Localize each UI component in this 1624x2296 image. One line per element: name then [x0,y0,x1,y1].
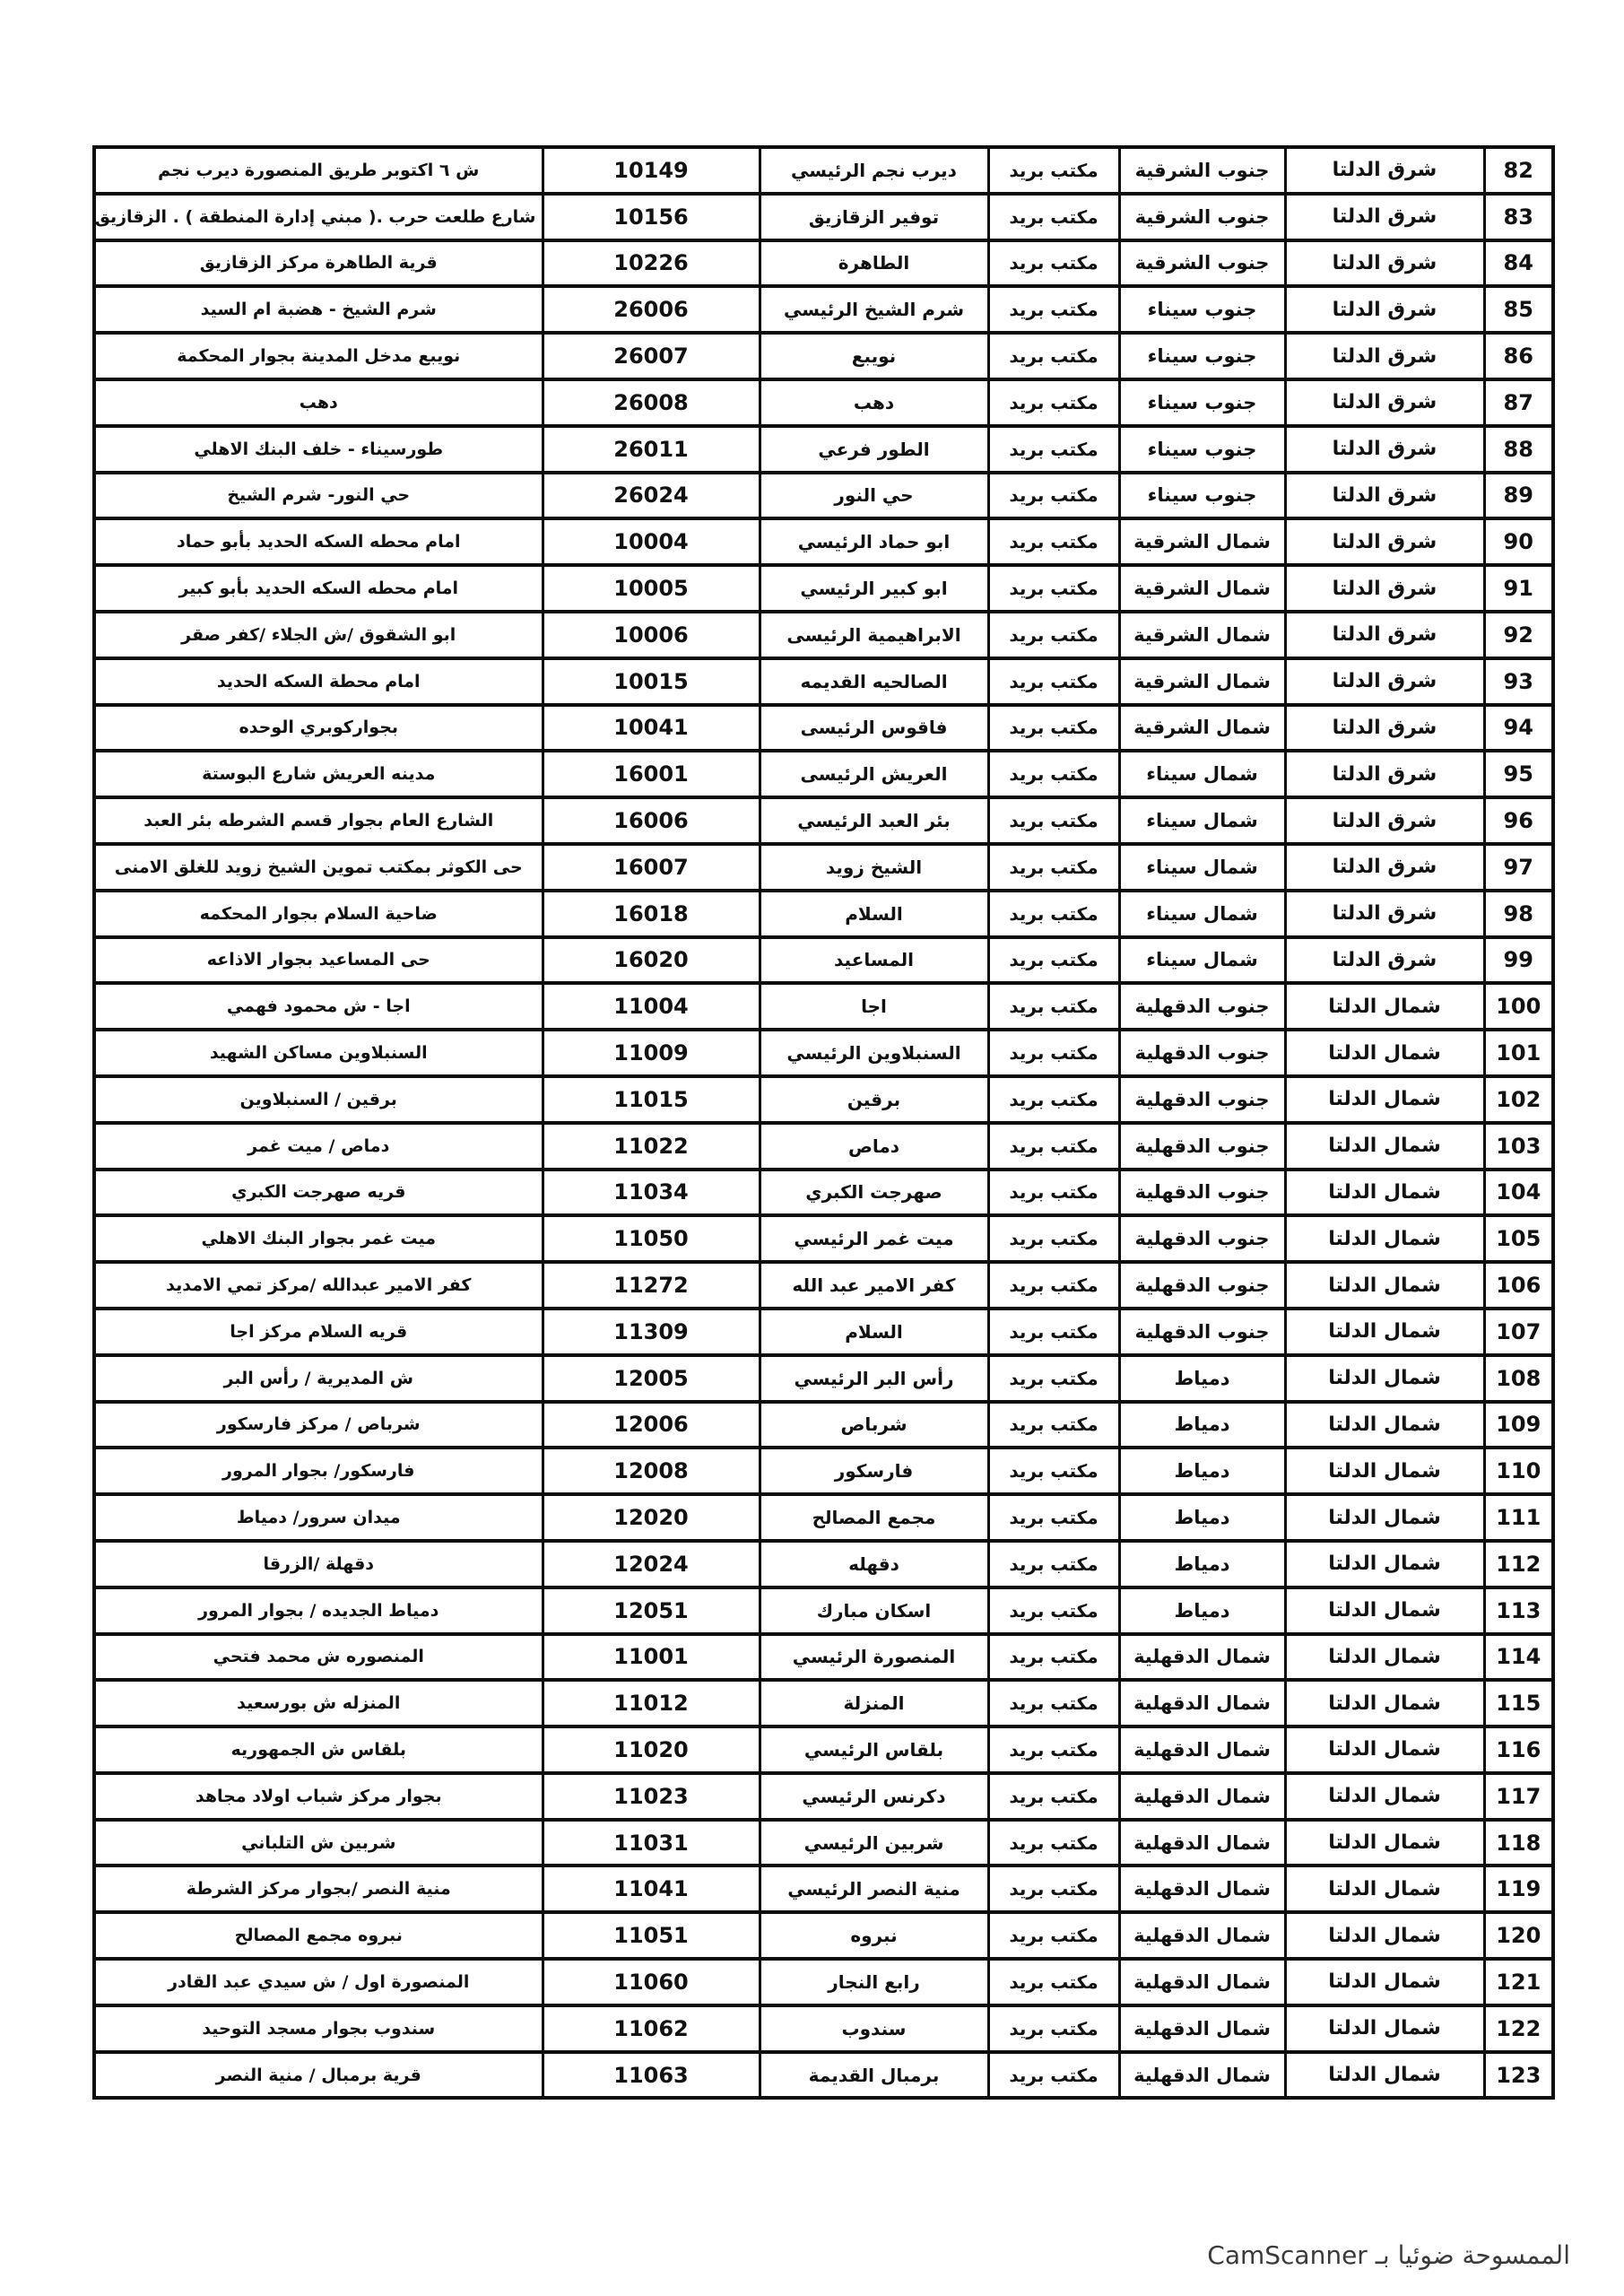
cell-zone: شمال الدقهلية [1119,1634,1285,1681]
cell-office_name: شرباص [760,1402,988,1448]
cell-office_name: دقهله [760,1541,988,1587]
table-row: 117شمال الدلتاشمال الدقهليةمكتب بريددكرن… [94,1773,1553,1820]
cell-office_name: بئر العبد الرئيسي [760,797,988,844]
cell-postal_code: 11023 [543,1773,760,1820]
cell-region: شرق الدلتا [1285,612,1484,658]
cell-region: شمال الدلتا [1285,1541,1484,1587]
cell-office_type: مكتب بريد [988,612,1119,658]
cell-office_name: المنصورة الرئيسي [760,1634,988,1681]
cell-postal_code: 12024 [543,1541,760,1587]
cell-zone: جنوب الشرقية [1119,240,1285,287]
camscanner-watermark: الممسوحة ضوئيا بـ CamScanner [1207,2240,1570,2270]
cell-postal_code: 11051 [543,1912,760,1959]
cell-office_type: مكتب بريد [988,1170,1119,1216]
table-row: 86شرق الدلتاجنوب سيناءمكتب بريدنويبع2600… [94,333,1553,379]
cell-office_name: توفير الزقازيق [760,194,988,240]
cell-office_name: دماص [760,1123,988,1170]
table-row: 88شرق الدلتاجنوب سيناءمكتب بريدالطور فرع… [94,426,1553,473]
cell-postal_code: 11022 [543,1123,760,1170]
cell-address: المنصوره ش محمد فتحي [94,1634,543,1681]
cell-office_type: مكتب بريد [988,1865,1119,1912]
cell-serial: 87 [1484,379,1553,426]
cell-office_type: مكتب بريد [988,1726,1119,1773]
cell-region: شمال الدلتا [1285,1076,1484,1123]
cell-postal_code: 12006 [543,1402,760,1448]
cell-postal_code: 11001 [543,1634,760,1681]
table-row: 121شمال الدلتاشمال الدقهليةمكتب بريدرابع… [94,1959,1553,2005]
cell-zone: شمال سيناء [1119,844,1285,891]
cell-office_name: منية النصر الرئيسي [760,1865,988,1912]
cell-address: ابو الشقوق /ش الجلاء /كفر صقر [94,612,543,658]
cell-region: شمال الدلتا [1285,983,1484,1030]
cell-region: شرق الدلتا [1285,147,1484,194]
cell-postal_code: 12020 [543,1494,760,1541]
cell-address: قريه صهرجت الكبري [94,1170,543,1216]
cell-zone: دمياط [1119,1587,1285,1634]
cell-zone: جنوب الشرقية [1119,194,1285,240]
cell-office_type: مكتب بريد [988,194,1119,240]
table-row: 120شمال الدلتاشمال الدقهليةمكتب بريدنبرو… [94,1912,1553,1959]
cell-address: امام محطه السكه الحديد بأبو حماد [94,518,543,565]
table-row: 102شمال الدلتاجنوب الدقهليةمكتب بريدبرقي… [94,1076,1553,1123]
cell-office_name: اجا [760,983,988,1030]
cell-office_name: المساعيد [760,937,988,984]
cell-region: شمال الدلتا [1285,1773,1484,1820]
cell-postal_code: 26006 [543,286,760,333]
cell-serial: 105 [1484,1215,1553,1262]
cell-office_type: مكتب بريد [988,1680,1119,1726]
cell-serial: 109 [1484,1402,1553,1448]
cell-address: دماص / ميت غمر [94,1123,543,1170]
cell-zone: شمال الدقهلية [1119,1959,1285,2005]
cell-office_type: مكتب بريد [988,797,1119,844]
table-row: 93شرق الدلتاشمال الشرقيةمكتب بريدالصالحي… [94,658,1553,705]
cell-region: شمال الدلتا [1285,1634,1484,1681]
cell-address: كفر الامير عبدالله /مركز تمي الامديد [94,1262,543,1309]
table-row: 85شرق الدلتاجنوب سيناءمكتب بريدشرم الشيخ… [94,286,1553,333]
cell-postal_code: 11034 [543,1170,760,1216]
table-row: 90شرق الدلتاشمال الشرقيةمكتب بريدابو حما… [94,518,1553,565]
cell-region: شمال الدلتا [1285,1123,1484,1170]
cell-region: شرق الدلتا [1285,426,1484,473]
cell-region: شرق الدلتا [1285,194,1484,240]
cell-office_name: ميت غمر الرئيسي [760,1215,988,1262]
cell-office_name: رأس البر الرئيسي [760,1355,988,1402]
cell-region: شمال الدلتا [1285,1448,1484,1494]
cell-zone: جنوب الدقهلية [1119,1123,1285,1170]
cell-region: شرق الدلتا [1285,286,1484,333]
cell-region: شمال الدلتا [1285,1912,1484,1959]
cell-region: شرق الدلتا [1285,240,1484,287]
cell-zone: شمال سيناء [1119,937,1285,984]
cell-postal_code: 11004 [543,983,760,1030]
cell-office_type: مكتب بريد [988,1448,1119,1494]
cell-postal_code: 11015 [543,1076,760,1123]
table-row: 113شمال الدلتادمياطمكتب بريداسكان مبارك1… [94,1587,1553,1634]
cell-address: حى المساعيد بجوار الاذاعه [94,937,543,984]
cell-postal_code: 26008 [543,379,760,426]
cell-zone: جنوب سيناء [1119,426,1285,473]
cell-zone: دمياط [1119,1494,1285,1541]
cell-zone: جنوب الدقهلية [1119,1215,1285,1262]
cell-office_type: مكتب بريد [988,1494,1119,1541]
cell-postal_code: 16020 [543,937,760,984]
cell-office_name: نويبع [760,333,988,379]
cell-office_type: مكتب بريد [988,240,1119,287]
cell-postal_code: 10149 [543,147,760,194]
cell-office_name: المنزلة [760,1680,988,1726]
cell-office_name: بلقاس الرئيسي [760,1726,988,1773]
cell-address: قرية الطاهرة مركز الزقازيق [94,240,543,287]
table-row: 87شرق الدلتاجنوب سيناءمكتب بريددهب26008د… [94,379,1553,426]
cell-serial: 119 [1484,1865,1553,1912]
table-row: 108شمال الدلتادمياطمكتب بريدرأس البر الر… [94,1355,1553,1402]
cell-office_type: مكتب بريد [988,2005,1119,2052]
cell-serial: 107 [1484,1309,1553,1355]
cell-zone: جنوب سيناء [1119,286,1285,333]
cell-office_type: مكتب بريد [988,333,1119,379]
cell-region: شرق الدلتا [1285,705,1484,752]
cell-postal_code: 11050 [543,1215,760,1262]
cell-postal_code: 11309 [543,1309,760,1355]
cell-postal_code: 11012 [543,1680,760,1726]
cell-office_name: ابو حماد الرئيسي [760,518,988,565]
cell-region: شمال الدلتا [1285,1262,1484,1309]
cell-zone: جنوب الشرقية [1119,147,1285,194]
cell-postal_code: 16006 [543,797,760,844]
cell-address: ضاحية السلام بجوار المحكمه [94,891,543,937]
cell-address: بجواركوبري الوحده [94,705,543,752]
cell-office_name: دكرنس الرئيسي [760,1773,988,1820]
cell-serial: 93 [1484,658,1553,705]
table-row: 101شمال الدلتاجنوب الدقهليةمكتب بريدالسن… [94,1030,1553,1076]
cell-region: شمال الدلتا [1285,2005,1484,2052]
table-row: 104شمال الدلتاجنوب الدقهليةمكتب بريدصهرج… [94,1170,1553,1216]
cell-address: مدينه العريش شارع البوستة [94,751,543,797]
cell-serial: 122 [1484,2005,1553,2052]
table-row: 103شمال الدلتاجنوب الدقهليةمكتب بريددماص… [94,1123,1553,1170]
cell-address: شرباص / مركز فارسكور [94,1402,543,1448]
table-row: 115شمال الدلتاشمال الدقهليةمكتب بريدالمن… [94,1680,1553,1726]
cell-serial: 103 [1484,1123,1553,1170]
cell-office_name: السنبلاوين الرئيسي [760,1030,988,1076]
cell-address: المنزله ش بورسعيد [94,1680,543,1726]
table-row: 119شمال الدلتاشمال الدقهليةمكتب بريدمنية… [94,1865,1553,1912]
cell-zone: دمياط [1119,1541,1285,1587]
cell-address: اجا - ش محمود فهمي [94,983,543,1030]
cell-office_name: حي النور [760,473,988,519]
table-row: 94شرق الدلتاشمال الشرقيةمكتب بريدفاقوس ا… [94,705,1553,752]
cell-postal_code: 11063 [543,2052,760,2099]
cell-serial: 83 [1484,194,1553,240]
cell-serial: 84 [1484,240,1553,287]
cell-serial: 99 [1484,937,1553,984]
cell-office_type: مكتب بريد [988,1820,1119,1866]
table-row: 89شرق الدلتاجنوب سيناءمكتب بريدحي النور2… [94,473,1553,519]
cell-address: امام محطة السكه الحديد [94,658,543,705]
cell-office_name: دهب [760,379,988,426]
table-row: 118شمال الدلتاشمال الدقهليةمكتب بريدشربي… [94,1820,1553,1866]
cell-office_name: الابراهيمية الرئيسى [760,612,988,658]
cell-zone: شمال الشرقية [1119,518,1285,565]
table-row: 122شمال الدلتاشمال الدقهليةمكتب بريدسندو… [94,2005,1553,2052]
cell-office_name: فاقوس الرئيسى [760,705,988,752]
cell-serial: 112 [1484,1541,1553,1587]
cell-zone: جنوب سيناء [1119,379,1285,426]
cell-region: شمال الدلتا [1285,1309,1484,1355]
cell-office_type: مكتب بريد [988,983,1119,1030]
table-row: 82شرق الدلتاجنوب الشرقيةمكتب بريدديرب نج… [94,147,1553,194]
cell-office_type: مكتب بريد [988,1262,1119,1309]
cell-office_type: مكتب بريد [988,1355,1119,1402]
cell-office_type: مكتب بريد [988,426,1119,473]
cell-serial: 85 [1484,286,1553,333]
cell-address: حى الكوثر بمكتب تموين الشيخ زويد للغلق ا… [94,844,543,891]
cell-zone: شمال الشرقية [1119,658,1285,705]
cell-postal_code: 12005 [543,1355,760,1402]
scanned-document-page: 82شرق الدلتاجنوب الشرقيةمكتب بريدديرب نج… [0,0,1624,2296]
cell-office_name: سندوب [760,2005,988,2052]
cell-serial: 108 [1484,1355,1553,1402]
cell-postal_code: 16007 [543,844,760,891]
cell-postal_code: 26011 [543,426,760,473]
cell-office_name: اسكان مبارك [760,1587,988,1634]
table-row: 107شمال الدلتاجنوب الدقهليةمكتب بريدالسل… [94,1309,1553,1355]
cell-address: قريه السلام مركز اجا [94,1309,543,1355]
cell-postal_code: 16018 [543,891,760,937]
cell-office_name: الصالحيه القديمه [760,658,988,705]
cell-zone: جنوب الدقهلية [1119,1076,1285,1123]
cell-serial: 96 [1484,797,1553,844]
cell-postal_code: 10004 [543,518,760,565]
cell-address: قرية برمبال / منية النصر [94,2052,543,2099]
cell-serial: 111 [1484,1494,1553,1541]
cell-office_name: نبروه [760,1912,988,1959]
cell-office_type: مكتب بريد [988,518,1119,565]
cell-address: السنبلاوين مساكن الشهيد [94,1030,543,1076]
cell-zone: شمال الدقهلية [1119,1865,1285,1912]
cell-office_type: مكتب بريد [988,1123,1119,1170]
table-row: 96شرق الدلتاشمال سيناءمكتب بريدبئر العبد… [94,797,1553,844]
table-row: 92شرق الدلتاشمال الشرقيةمكتب بريدالابراه… [94,612,1553,658]
cell-serial: 88 [1484,426,1553,473]
cell-region: شمال الدلتا [1285,1820,1484,1866]
cell-serial: 98 [1484,891,1553,937]
cell-zone: جنوب الدقهلية [1119,1262,1285,1309]
table-row: 95شرق الدلتاشمال سيناءمكتب بريدالعريش ال… [94,751,1553,797]
cell-office_type: مكتب بريد [988,705,1119,752]
cell-postal_code: 10005 [543,565,760,612]
cell-address: دهب [94,379,543,426]
cell-zone: شمال سيناء [1119,797,1285,844]
cell-office_type: مكتب بريد [988,2052,1119,2099]
cell-office_name: السلام [760,1309,988,1355]
table-row: 111شمال الدلتادمياطمكتب بريدمجمع المصالح… [94,1494,1553,1541]
cell-region: شرق الدلتا [1285,844,1484,891]
cell-office_type: مكتب بريد [988,1912,1119,1959]
cell-office_type: مكتب بريد [988,1309,1119,1355]
cell-serial: 89 [1484,473,1553,519]
cell-office_name: ابو كبير الرئيسي [760,565,988,612]
cell-region: شمال الدلتا [1285,1402,1484,1448]
cell-office_name: الطاهرة [760,240,988,287]
cell-address: نويبع مدخل المدينة بجوار المحكمة [94,333,543,379]
cell-zone: شمال الشرقية [1119,705,1285,752]
cell-postal_code: 10015 [543,658,760,705]
cell-address: فارسكور/ بجوار المرور [94,1448,543,1494]
cell-postal_code: 11031 [543,1820,760,1866]
cell-serial: 115 [1484,1680,1553,1726]
cell-zone: جنوب سيناء [1119,333,1285,379]
cell-office_type: مكتب بريد [988,1541,1119,1587]
cell-serial: 82 [1484,147,1553,194]
table-row: 109شمال الدلتادمياطمكتب بريدشرباص12006شر… [94,1402,1553,1448]
post-offices-table: 82شرق الدلتاجنوب الشرقيةمكتب بريدديرب نج… [92,145,1555,2100]
table-row: 83شرق الدلتاجنوب الشرقيةمكتب بريدتوفير ا… [94,194,1553,240]
table-row: 99شرق الدلتاشمال سيناءمكتب بريدالمساعيد1… [94,937,1553,984]
cell-office_name: برمبال القديمة [760,2052,988,2099]
cell-region: شمال الدلتا [1285,1494,1484,1541]
cell-address: منية النصر /بجوار مركز الشرطة [94,1865,543,1912]
cell-address: بلقاس ش الجمهوريه [94,1726,543,1773]
cell-office_type: مكتب بريد [988,147,1119,194]
table-row: 105شمال الدلتاجنوب الدقهليةمكتب بريدميت … [94,1215,1553,1262]
cell-address: ميت غمر بجوار البنك الاهلي [94,1215,543,1262]
cell-serial: 101 [1484,1030,1553,1076]
cell-address: المنصورة اول / ش سيدي عبد القادر [94,1959,543,2005]
cell-zone: شمال الدقهلية [1119,1726,1285,1773]
cell-address: دمياط الجديده / بجوار المرور [94,1587,543,1634]
cell-office_type: مكتب بريد [988,379,1119,426]
cell-postal_code: 11020 [543,1726,760,1773]
cell-office_name: السلام [760,891,988,937]
cell-postal_code: 26007 [543,333,760,379]
cell-office_name: صهرجت الكبري [760,1170,988,1216]
cell-zone: شمال سيناء [1119,891,1285,937]
cell-serial: 113 [1484,1587,1553,1634]
cell-region: شمال الدلتا [1285,1587,1484,1634]
cell-region: شرق الدلتا [1285,518,1484,565]
cell-postal_code: 11009 [543,1030,760,1076]
cell-serial: 95 [1484,751,1553,797]
cell-office_type: مكتب بريد [988,1215,1119,1262]
cell-postal_code: 11060 [543,1959,760,2005]
cell-office_type: مكتب بريد [988,844,1119,891]
cell-office_name: شربين الرئيسي [760,1820,988,1866]
cell-address: طورسيناء - خلف البنك الاهلي [94,426,543,473]
cell-zone: شمال الدقهلية [1119,2052,1285,2099]
cell-zone: شمال الدقهلية [1119,1820,1285,1866]
cell-postal_code: 11041 [543,1865,760,1912]
cell-office_type: مكتب بريد [988,1634,1119,1681]
cell-office_name: رابع النجار [760,1959,988,2005]
cell-postal_code: 10006 [543,612,760,658]
cell-serial: 106 [1484,1262,1553,1309]
cell-postal_code: 11062 [543,2005,760,2052]
cell-serial: 118 [1484,1820,1553,1866]
cell-serial: 86 [1484,333,1553,379]
cell-address: شارع طلعت حرب .( مبني إدارة المنطقة ) . … [94,194,543,240]
cell-postal_code: 26024 [543,473,760,519]
cell-region: شمال الدلتا [1285,1959,1484,2005]
cell-office_type: مكتب بريد [988,1402,1119,1448]
cell-region: شمال الدلتا [1285,1030,1484,1076]
cell-serial: 123 [1484,2052,1553,2099]
cell-zone: شمال الدقهلية [1119,2005,1285,2052]
cell-office_name: مجمع المصالح [760,1494,988,1541]
cell-serial: 121 [1484,1959,1553,2005]
cell-address: حي النور- شرم الشيخ [94,473,543,519]
cell-office_type: مكتب بريد [988,891,1119,937]
table-body: 82شرق الدلتاجنوب الشرقيةمكتب بريدديرب نج… [94,147,1553,2098]
cell-zone: شمال الدقهلية [1119,1912,1285,1959]
cell-office_name: ديرب نجم الرئيسي [760,147,988,194]
cell-postal_code: 11272 [543,1262,760,1309]
cell-region: شرق الدلتا [1285,751,1484,797]
cell-region: شمال الدلتا [1285,1680,1484,1726]
cell-office_type: مكتب بريد [988,1587,1119,1634]
cell-office_type: مكتب بريد [988,473,1119,519]
cell-zone: جنوب الدقهلية [1119,1309,1285,1355]
cell-address: سندوب بجوار مسجد التوحيد [94,2005,543,2052]
cell-office_type: مكتب بريد [988,1773,1119,1820]
cell-address: شرم الشيخ - هضبة ام السيد [94,286,543,333]
cell-zone: شمال سيناء [1119,751,1285,797]
cell-zone: شمال الدقهلية [1119,1680,1285,1726]
cell-zone: جنوب سيناء [1119,473,1285,519]
cell-address: الشارع العام بجوار قسم الشرطه بئر العبد [94,797,543,844]
cell-serial: 100 [1484,983,1553,1030]
cell-serial: 117 [1484,1773,1553,1820]
table-row: 84شرق الدلتاجنوب الشرقيةمكتب بريدالطاهرة… [94,240,1553,287]
cell-office_name: الشيخ زويد [760,844,988,891]
cell-office_type: مكتب بريد [988,1959,1119,2005]
table-row: 91شرق الدلتاشمال الشرقيةمكتب بريدابو كبي… [94,565,1553,612]
cell-office_name: شرم الشيخ الرئيسي [760,286,988,333]
cell-office_type: مكتب بريد [988,286,1119,333]
cell-serial: 102 [1484,1076,1553,1123]
cell-region: شمال الدلتا [1285,1355,1484,1402]
cell-office_name: كفر الامير عبد الله [760,1262,988,1309]
cell-zone: جنوب الدقهلية [1119,983,1285,1030]
cell-serial: 104 [1484,1170,1553,1216]
cell-serial: 120 [1484,1912,1553,1959]
cell-office_name: العريش الرئيسى [760,751,988,797]
cell-address: امام محطه السكه الحديد بأبو كبير [94,565,543,612]
cell-office_type: مكتب بريد [988,1076,1119,1123]
table-row: 112شمال الدلتادمياطمكتب بريددقهله12024دق… [94,1541,1553,1587]
table-row: 106شمال الدلتاجنوب الدقهليةمكتب بريدكفر … [94,1262,1553,1309]
cell-serial: 116 [1484,1726,1553,1773]
table-row: 98شرق الدلتاشمال سيناءمكتب بريدالسلام160… [94,891,1553,937]
cell-region: شرق الدلتا [1285,797,1484,844]
cell-address: بجوار مركز شباب اولاد مجاهد [94,1773,543,1820]
cell-postal_code: 12051 [543,1587,760,1634]
cell-address: نبروه مجمع المصالح [94,1912,543,1959]
cell-address: شربين ش التلباني [94,1820,543,1866]
table-row: 97شرق الدلتاشمال سيناءمكتب بريدالشيخ زوي… [94,844,1553,891]
cell-region: شرق الدلتا [1285,937,1484,984]
cell-address: ش المديرية / رأس البر [94,1355,543,1402]
cell-office_type: مكتب بريد [988,937,1119,984]
cell-office_type: مكتب بريد [988,1030,1119,1076]
cell-postal_code: 16001 [543,751,760,797]
cell-zone: شمال الشرقية [1119,612,1285,658]
cell-serial: 94 [1484,705,1553,752]
cell-postal_code: 10156 [543,194,760,240]
cell-serial: 114 [1484,1634,1553,1681]
cell-region: شمال الدلتا [1285,1726,1484,1773]
